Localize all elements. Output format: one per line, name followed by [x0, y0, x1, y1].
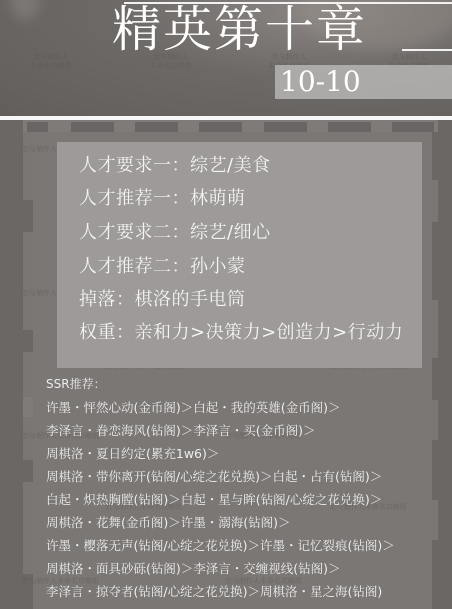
header-banner: 恋与制作人未命名攻略组 恋与制作人未命名攻略组 恋与制作人未命名攻略组 恋与制作… — [0, 0, 452, 116]
ssr-heading: SSR推荐： — [46, 376, 106, 392]
info-row-weight: 权重：亲和力>决策力>创造力>行动力 — [79, 322, 403, 344]
ssr-line: 李泽言・掠夺者(钻阁/心绽之花兑换)＞周棋洛・星之海(钻阁) — [46, 584, 382, 600]
frame-notch — [432, 500, 438, 540]
ssr-line: 许墨・樱落无声(钻阁/心绽之花兑换)＞许墨・记忆裂痕(钻阁)＞ — [46, 538, 395, 554]
info-value: 综艺/细心 — [190, 222, 271, 243]
frame-notch — [432, 300, 438, 358]
ssr-line: 李泽言・眷恋海风(钻阁)＞李泽言・买(金币阁)＞ — [46, 423, 316, 439]
info-row-talent-rec-1: 人才推荐一：林萌萌 — [79, 188, 246, 210]
ssr-line: 白起・炽热胸膛(钻阁)＞白起・星与眸(钻阁/心绽之花兑换)＞ — [46, 492, 382, 508]
info-value: 林萌萌 — [190, 188, 246, 209]
frame-dash — [392, 122, 434, 132]
frame-dash — [264, 122, 307, 132]
info-row-talent-rec-2: 人才推荐二：孙小蒙 — [79, 256, 246, 278]
frame-notch — [23, 397, 33, 417]
frame-dash — [328, 122, 371, 132]
info-value: 棋洛的手电筒 — [135, 289, 246, 310]
info-row-talent-req-2: 人才要求二：综艺/细心 — [79, 222, 271, 244]
info-label: 掉落： — [79, 289, 135, 310]
info-value: 综艺/美食 — [190, 155, 271, 176]
chapter-title: 精英第十章 — [112, 2, 367, 58]
info-label: 人才推荐二： — [79, 256, 190, 277]
info-label: 人才要求二： — [79, 222, 190, 243]
frame-notch — [432, 180, 438, 222]
ssr-line: 周棋洛・面具砂砾(钻阁)＞李泽言・交缠视线(钻阁)＞ — [46, 561, 341, 577]
info-label: 权重： — [79, 322, 135, 343]
frame-dash — [27, 122, 48, 132]
frame-dash — [199, 122, 242, 132]
info-value: 亲和力>决策力>创造力>行动力 — [135, 322, 404, 343]
ssr-line: 周棋洛・夏日约定(累充1w6)＞ — [46, 446, 219, 462]
ssr-line: 周棋洛・花舞(金币阁)＞许墨・溺海(钻阁)＞ — [46, 515, 291, 531]
stage-number: 10-10 — [280, 64, 361, 100]
frame-dash — [135, 122, 178, 132]
frame-notch — [432, 400, 438, 440]
ssr-line: 周棋洛・带你离开(钻阁/心绽之花兑换)＞白起・占有(钻阁)＞ — [46, 469, 382, 485]
info-row-drop: 掉落：棋洛的手电筒 — [79, 289, 246, 311]
frame-notch — [23, 200, 33, 232]
frame-notch — [23, 460, 33, 482]
info-value: 孙小蒙 — [190, 256, 246, 277]
info-row-talent-req-1: 人才要求一：综艺/美食 — [79, 155, 271, 177]
info-label: 人才要求一： — [79, 155, 190, 176]
info-label: 人才推荐一： — [79, 188, 190, 209]
background-blur — [10, 0, 40, 20]
frame-dash — [71, 122, 114, 132]
watermark: 恋与制作人未命名攻略组 — [30, 53, 72, 71]
frame-notch — [23, 330, 33, 352]
decorative-line — [402, 49, 452, 51]
ssr-line: 许墨・怦然心动(金币阁)＞白起・我的英雄(金币阁)＞ — [46, 400, 341, 416]
